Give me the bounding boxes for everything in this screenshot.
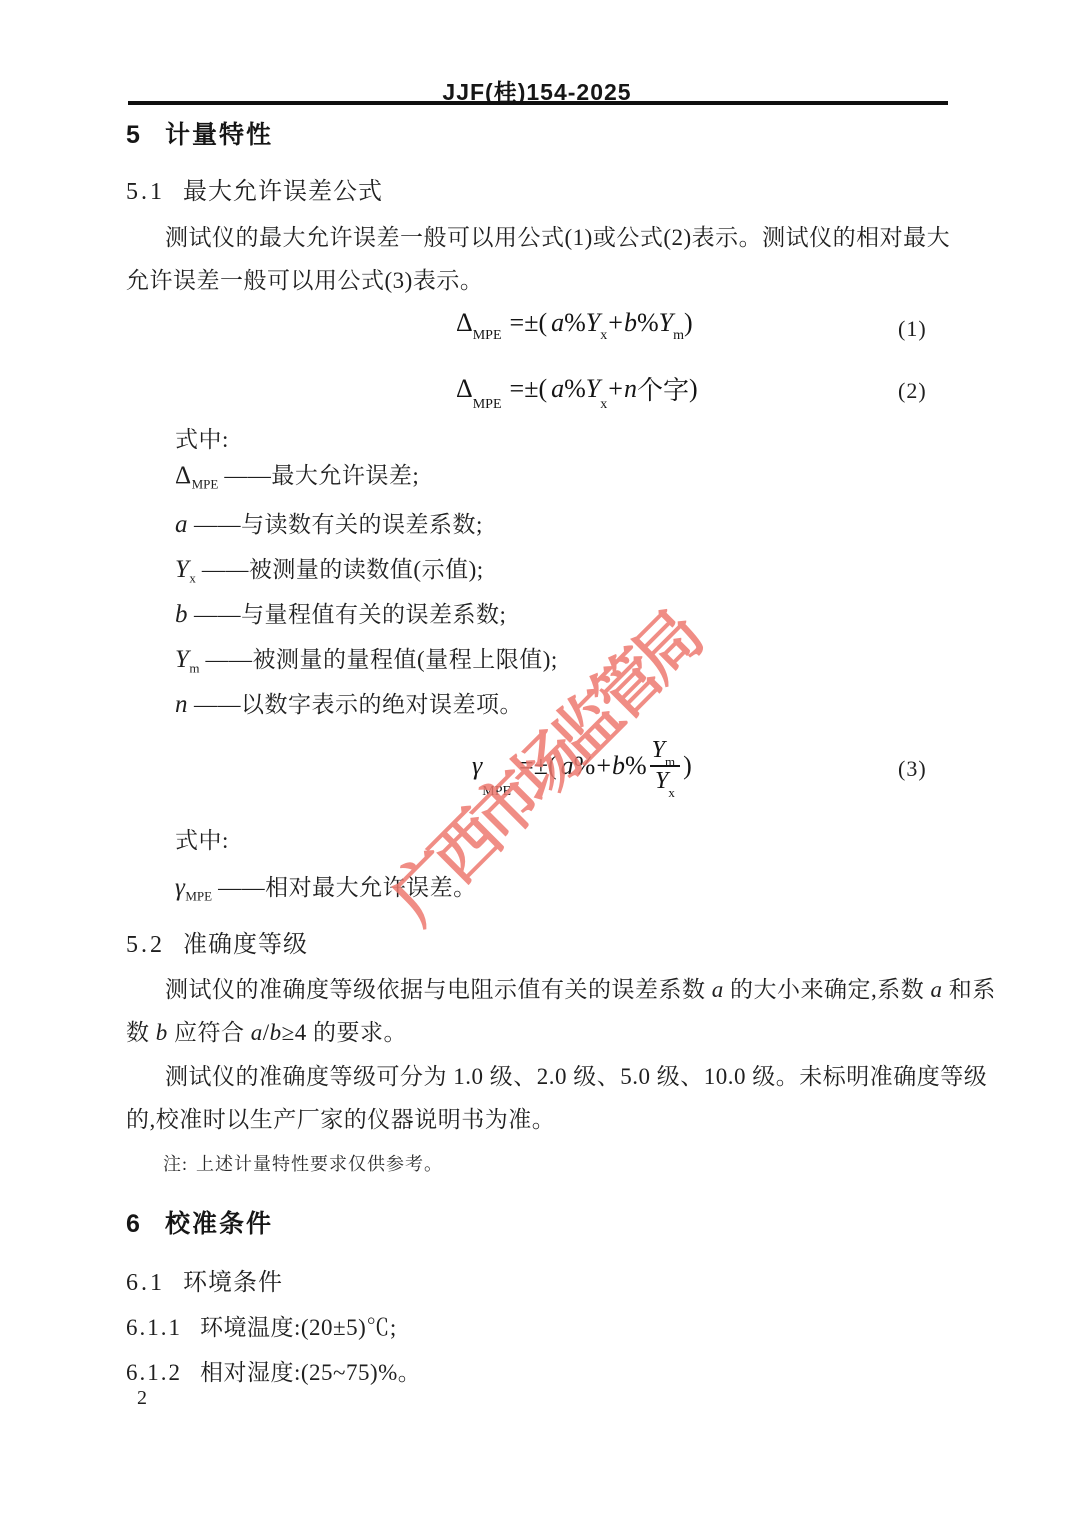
header-rule — [128, 101, 948, 105]
section-5-number: 5 — [126, 121, 140, 150]
section-5-1-heading: 5.1最大允许误差公式 — [126, 171, 383, 206]
paragraph-5-1-line-1: 测试仪的最大允许误差一般可以用公式(1)或公式(2)表示。测试仪的相对最大 — [165, 219, 950, 252]
formula-3-gamma: γ — [472, 751, 482, 781]
paragraph-5-2b-line-2: 的,校准时以生产厂家的仪器说明书为准。 — [126, 1101, 555, 1134]
section-5-2-title: 准确度等级 — [183, 932, 308, 958]
fraction-ym-over-yx: YmYx — [650, 738, 680, 794]
paragraph-5-2b-line-1: 测试仪的准确度等级可分为 1.0 级、2.0 级、5.0 级、10.0 级。未标… — [165, 1058, 987, 1091]
equation-number-3: (3) — [898, 756, 927, 782]
definition-ym: Ym——被测量的量程值(量程上限值); — [175, 641, 558, 677]
definition-b: b——与量程值有关的误差系数; — [175, 596, 506, 632]
definition-n: n——以数字表示的绝对误差项。 — [175, 686, 523, 722]
section-6-1-title: 环境条件 — [183, 1270, 283, 1296]
section-5-1-title: 最大允许误差公式 — [183, 179, 383, 205]
clause-6-1-2-number: 6.1.2 — [126, 1360, 182, 1385]
note: 注:上述计量特性要求仅供参考。 — [163, 1150, 443, 1176]
equation-number-1: (1) — [898, 316, 927, 342]
definition-a: a——与读数有关的误差系数; — [175, 506, 483, 542]
definition-gamma-mpe: γMPE——相对最大允许误差。 — [175, 869, 477, 905]
section-6-number: 6 — [126, 1210, 140, 1239]
note-label: 注: — [163, 1154, 188, 1174]
section-6-1-number: 6.1 — [126, 1270, 165, 1296]
formula-2: ΔMPE=±(a%Yx+n个字) — [456, 370, 698, 407]
where-label-1: 式中: — [175, 421, 229, 454]
paragraph-5-2a-line-1: 测试仪的准确度等级依据与电阻示值有关的误差系数 a 的大小来确定,系数 a 和系 — [165, 971, 996, 1004]
definition-yx: Yx——被测量的读数值(示值); — [175, 551, 484, 587]
clause-6-1-2-title: 相对湿度: — [200, 1360, 301, 1385]
section-5-heading: 5计量特性 — [126, 115, 273, 151]
section-6-heading: 6校准条件 — [126, 1204, 273, 1240]
section-6-1-heading: 6.1环境条件 — [126, 1262, 283, 1297]
section-5-title: 计量特性 — [165, 121, 273, 149]
clause-6-1-1-title: 环境温度: — [200, 1315, 301, 1340]
document-page: JJF(桂)154-2025 5计量特性 5.1最大允许误差公式 测试仪的最大允… — [0, 0, 1074, 1520]
formula-2-delta: Δ — [456, 374, 473, 404]
where-label-2: 式中: — [175, 822, 229, 855]
clause-6-1-1: 6.1.1环境温度:(20±5)℃; — [126, 1309, 397, 1342]
section-5-2-heading: 5.2准确度等级 — [126, 924, 308, 959]
formula-1-delta: Δ — [456, 308, 473, 338]
clause-6-1-1-number: 6.1.1 — [126, 1315, 182, 1340]
page-number: 2 — [137, 1387, 147, 1410]
note-text: 上述计量特性要求仅供参考。 — [196, 1154, 443, 1174]
clause-6-1-2: 6.1.2相对湿度:(25~75)%。 — [126, 1354, 421, 1387]
paragraph-5-2a-line-2: 数 b 应符合 a/b≥4 的要求。 — [126, 1014, 407, 1047]
formula-1: ΔMPE=±(a%Yx+b%Ym) — [456, 308, 693, 338]
clause-6-1-2-value: (25~75)%。 — [301, 1360, 421, 1385]
paragraph-5-1-line-2: 允许误差一般可以用公式(3)表示。 — [126, 262, 483, 295]
formula-3: γMPE=±(a%+b%YmYx) — [472, 738, 692, 794]
definition-delta-mpe: ΔMPE——最大允许误差; — [175, 457, 419, 493]
section-5-2-number: 5.2 — [126, 932, 165, 958]
clause-6-1-1-value: (20±5)℃; — [301, 1315, 397, 1340]
equation-number-2: (2) — [898, 378, 927, 404]
section-5-1-number: 5.1 — [126, 179, 165, 205]
section-6-title: 校准条件 — [165, 1210, 273, 1238]
